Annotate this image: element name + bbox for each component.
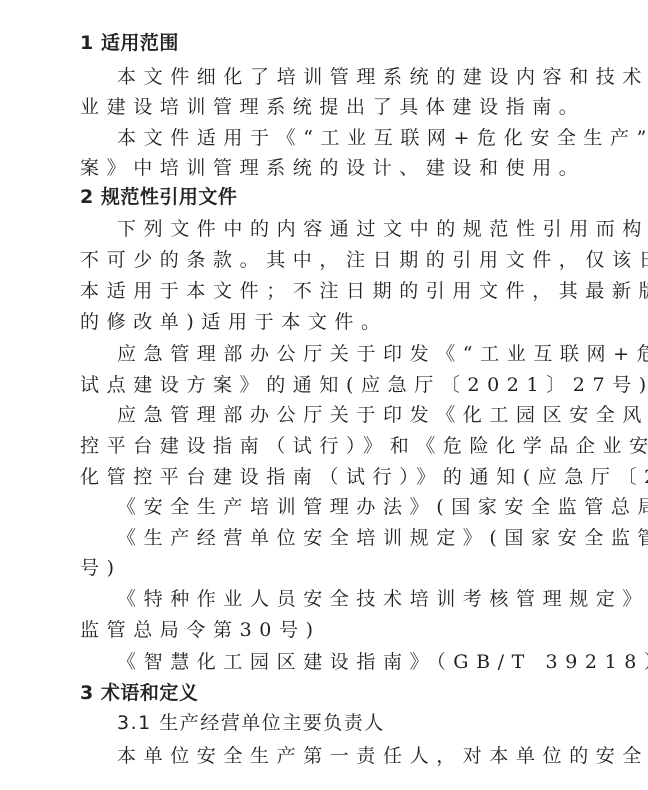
reference-line: 化管控平台建设指南（试行）》的通知(应急厅〔2021〕5号)	[80, 462, 648, 492]
reference-line: 试点建设方案》的通知(应急厅〔2021〕27号)	[80, 370, 648, 400]
subsection-heading: 3.1 生产经营单位主要负责人	[117, 708, 385, 738]
paragraph-line: 本文件细化了培训管理系统的建设内容和技术要求，对企	[117, 62, 648, 92]
paragraph-line: 的修改单)适用于本文件。	[80, 307, 388, 337]
reference-line: 《生产经营单位安全培训规定》(国家安全监管总局令第3	[117, 523, 648, 553]
reference-line: 监管总局令第30号)	[80, 615, 321, 645]
paragraph-line: 下列文件中的内容通过文中的规范性引用而构成本文件必	[117, 214, 648, 244]
reference-line: 应急管理部办公厅关于印发《“工业互联网+危化安全生产”	[117, 339, 648, 369]
section-heading-normative-references: 2 规范性引用文件	[80, 182, 237, 212]
paragraph-line: 本单位安全生产第一责任人，对本单位的安全生产工作全	[117, 741, 648, 771]
paragraph-line: 案》中培训管理系统的设计、建设和使用。	[80, 153, 585, 183]
reference-line: 《智慧化工园区建设指南》（GB/T 39218）	[117, 647, 648, 677]
section-heading-scope: 1 适用范围	[80, 28, 179, 58]
section-heading-terms: 3 术语和定义	[80, 678, 198, 708]
reference-line: 应急管理部办公厅关于印发《化工园区安全风险智能化管	[117, 400, 648, 430]
paragraph-line: 业建设培训管理系统提出了具体建设指南。	[80, 92, 585, 122]
reference-line: 控平台建设指南（试行）》和《危险化学品企业安全风险智能	[80, 431, 648, 461]
paragraph-line: 本文件适用于《“工业互联网+危化安全生产”试点建设方	[117, 123, 648, 153]
reference-line: 《安全生产培训管理办法》(国家安全监管总局令第44号)	[117, 492, 648, 522]
reference-line: 号)	[80, 553, 122, 583]
reference-line: 《特种作业人员安全技术培训考核管理规定》（国家安全	[117, 584, 648, 614]
paragraph-line: 不可少的条款。其中，注日期的引用文件，仅该日期对应的版	[80, 245, 648, 275]
paragraph-line: 本适用于本文件；不注日期的引用文件，其最新版本(包括所有	[80, 276, 648, 306]
